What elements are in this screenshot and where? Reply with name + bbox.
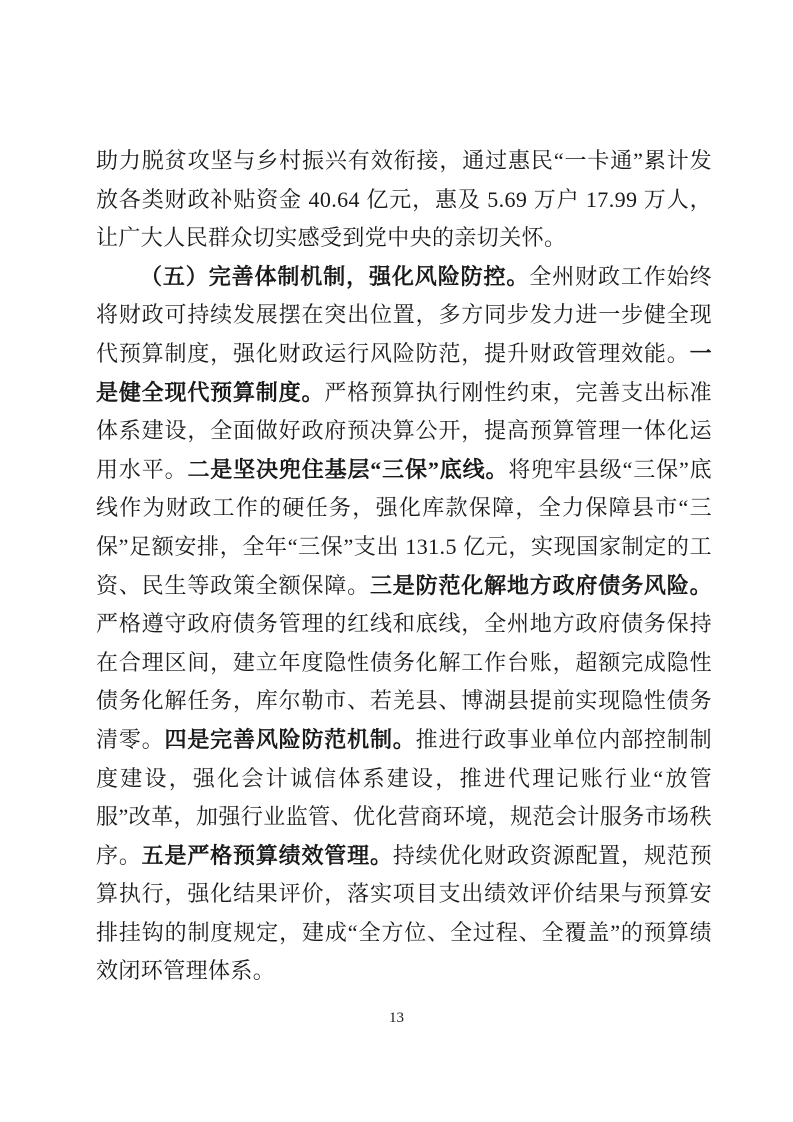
emphasis-text: 三是防范化解地方政府债务风险。 [370, 573, 712, 598]
emphasis-text: （五）完善体制机制，强化风险防控。 [140, 264, 529, 289]
document-body: 助力脱贫攻坚与乡村振兴有效衔接，通过惠民“一卡通”累计发放各类财政补贴资金 40… [96, 142, 712, 991]
document-page: 助力脱贫攻坚与乡村振兴有效衔接，通过惠民“一卡通”累计发放各类财政补贴资金 40… [0, 0, 793, 1122]
page-number: 13 [0, 1010, 793, 1027]
paragraph: （五）完善体制机制，强化风险防控。全州财政工作始终将财政可持续发展摆在突出位置，… [96, 258, 712, 991]
body-text: 助力脱贫攻坚与乡村振兴有效衔接，通过惠民“一卡通”累计发放各类财政补贴资金 40… [96, 148, 712, 250]
paragraph: 助力脱贫攻坚与乡村振兴有效衔接，通过惠民“一卡通”累计发放各类财政补贴资金 40… [96, 142, 712, 258]
emphasis-text: 五是严格预算绩效管理。 [142, 843, 393, 868]
emphasis-text: 四是完善风险防范机制。 [165, 727, 416, 752]
emphasis-text: 二是坚决兜住基层“三保”底线。 [187, 457, 508, 482]
